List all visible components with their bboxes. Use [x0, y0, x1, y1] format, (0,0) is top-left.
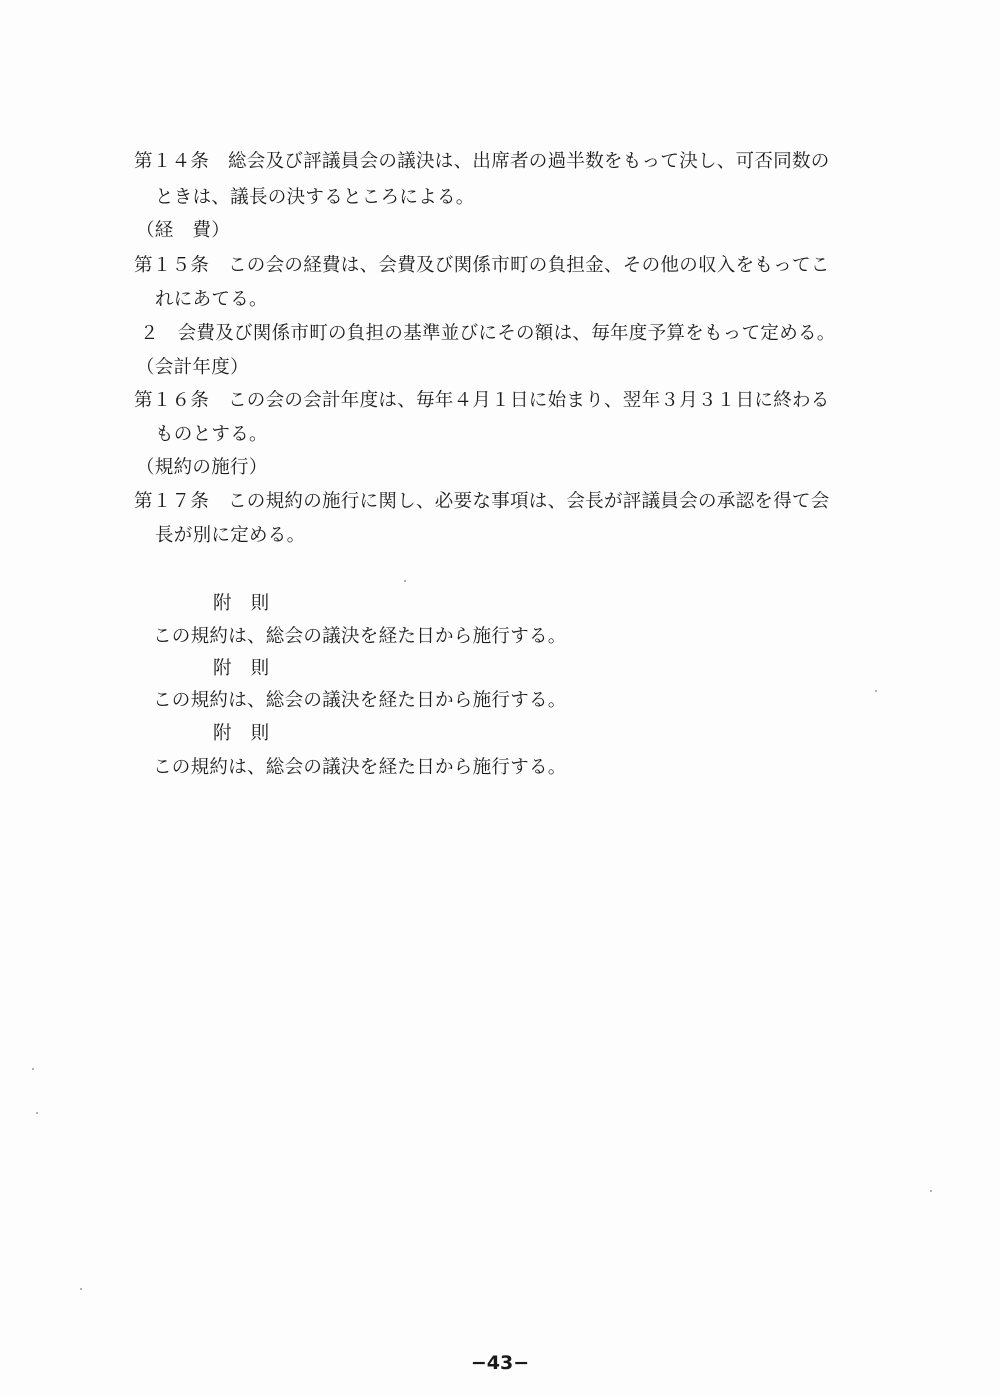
- document-page: 第１４条 総会及び評議員会の議決は、出席者の過半数をもって決し、可否同数の とき…: [0, 0, 1000, 1397]
- article-15-paragraph-2: ２ 会費及び関係市町の負担の基準並びにその額は、毎年度予算をもって定める。: [140, 322, 836, 346]
- heading-enforcement: （規約の施行）: [136, 456, 268, 480]
- supplementary-provision-heading-2: 附 則: [213, 657, 269, 681]
- article-16-line-1: 第１６条 この会の会計年度は、毎年４月１日に始まり、翌年３月３１日に終わる: [134, 389, 830, 413]
- scan-speck: [404, 580, 406, 582]
- article-17-line-2: 長が別に定める。: [155, 524, 305, 548]
- scan-speck: [36, 1112, 38, 1114]
- scan-speck: [875, 690, 877, 692]
- article-14-line-1: 第１４条 総会及び評議員会の議決は、出席者の過半数をもって決し、可否同数の: [134, 150, 830, 174]
- article-17-line-1: 第１７条 この規約の施行に関し、必要な事項は、会長が評議員会の承認を得て会: [134, 490, 830, 514]
- scan-speck: [930, 1190, 932, 1192]
- article-15-line-1: 第１５条 この会の経費は、会費及び関係市町の負担金、その他の収入をもってこ: [134, 254, 830, 278]
- scan-speck: [32, 1068, 34, 1070]
- heading-expenses: （経 費）: [136, 219, 230, 243]
- supplementary-provision-text-2: この規約は、総会の議決を経た日から施行する。: [153, 689, 567, 713]
- page-number: −43−: [0, 1352, 1000, 1374]
- article-16-line-2: ものとする。: [155, 423, 268, 447]
- supplementary-provision-heading-3: 附 則: [213, 722, 269, 746]
- supplementary-provision-text-1: この規約は、総会の議決を経た日から施行する。: [153, 625, 567, 649]
- article-14-line-2: ときは、議長の決するところによる。: [155, 186, 475, 210]
- supplementary-provision-text-3: この規約は、総会の議決を経た日から施行する。: [153, 756, 567, 780]
- supplementary-provision-heading-1: 附 則: [213, 592, 269, 616]
- article-15-line-2: れにあてる。: [155, 288, 268, 312]
- scan-speck: [80, 1288, 82, 1290]
- heading-fiscal-year: （会計年度）: [136, 356, 249, 380]
